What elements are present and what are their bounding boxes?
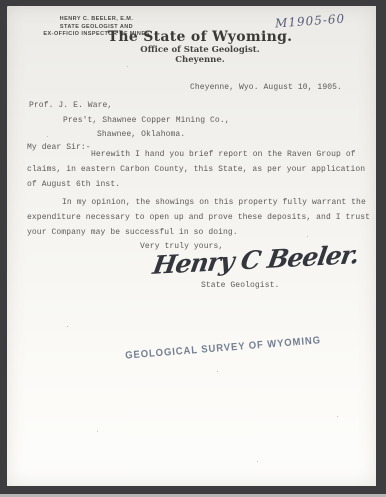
address-city: Shawnee, Oklahoma. [97, 130, 185, 139]
paper-specks [7, 6, 8, 7]
address-company: Pres't, Shawnee Copper Mining Co., [63, 116, 230, 125]
body-line: your Company may be successful in so doi… [27, 228, 238, 237]
letterhead-city: Cheyenne. [7, 55, 386, 65]
signer-title: State Geologist. [201, 281, 279, 290]
salutation: My dear Sir:- [27, 143, 91, 152]
body-line: claims, in eastern Carbon County, this S… [27, 165, 365, 174]
letterhead-office: Office of State Geologist. [7, 45, 386, 55]
body-line: Herewith I hand you brief report on the … [91, 150, 356, 159]
body-line: In my opinion, the showings on this prop… [62, 198, 366, 207]
body-line: expenditure necessary to open up and pro… [27, 213, 370, 222]
body-line: of August 6th inst. [27, 180, 120, 189]
handwritten-catalog-number: M1905-60 [275, 10, 376, 31]
officer-name: HENRY C. BEELER, E.M. [29, 16, 164, 24]
photo-border-frame: HENRY C. BEELER, E.M. STATE GEOLOGIST AN… [0, 0, 386, 497]
dateline: Cheyenne, Wyo. August 10, 1905. [190, 83, 342, 92]
letterhead-title: The State of Wyoming. [7, 29, 386, 45]
letter-paper: HENRY C. BEELER, E.M. STATE GEOLOGIST AN… [7, 6, 376, 486]
geological-survey-stamp: GEOLOGICAL SURVEY OF WYOMING [125, 335, 315, 362]
address-recipient: Prof. J. E. Ware, [29, 101, 112, 110]
